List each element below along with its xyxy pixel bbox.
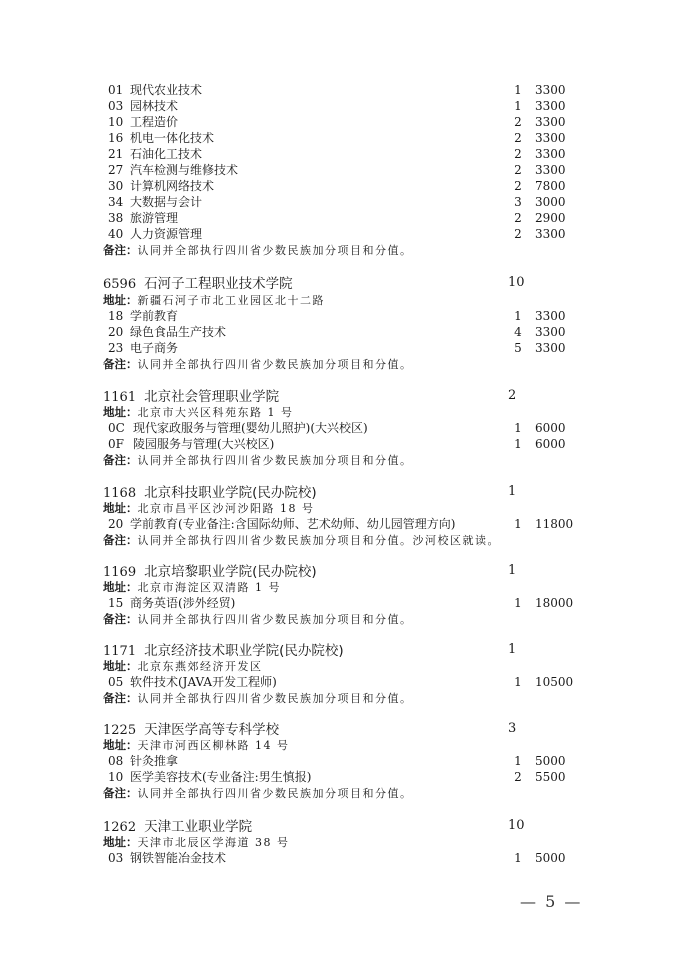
major-count: 1 <box>513 674 523 690</box>
note-label: 备注： <box>103 786 138 800</box>
major-row: 27汽车检测与维修技术23300 <box>103 162 573 178</box>
major-name: 汽车检测与维修技术 <box>130 162 238 178</box>
school-name: 北京社会管理职业学院 <box>144 389 279 405</box>
school-name: 北京经济技术职业学院(民办院校) <box>144 643 344 659</box>
address-text: 北京市海淀区双清路 1 号 <box>138 581 282 594</box>
address-label: 地址： <box>103 293 138 307</box>
major-fee: 10500 <box>535 674 573 690</box>
major-code: 03 <box>108 850 123 866</box>
major-fee: 2900 <box>535 210 566 226</box>
major-code: 38 <box>108 210 123 226</box>
major-fee: 3300 <box>535 98 566 114</box>
address-label: 地址： <box>103 835 138 849</box>
major-count: 1 <box>513 753 523 769</box>
major-name: 计算机网络技术 <box>130 178 214 194</box>
school-count: 1 <box>508 561 516 581</box>
major-row: 0F陵园服务与管理(大兴校区)16000 <box>103 436 573 452</box>
major-row: 20学前教育(专业备注:含国际幼师、艺术幼师、幼儿园管理方向)111800 <box>103 516 573 532</box>
major-row: 30计算机网络技术27800 <box>103 178 573 194</box>
major-count: 1 <box>513 850 523 866</box>
major-code: 08 <box>108 753 123 769</box>
major-row: 08针灸推拿15000 <box>103 753 573 769</box>
major-fee: 3300 <box>535 146 566 162</box>
major-row: 15商务英语(涉外经贸)118000 <box>103 595 573 611</box>
school-header: 1262天津工业职业学院10 <box>103 816 573 836</box>
major-count: 2 <box>513 162 523 178</box>
major-row: 18学前教育13300 <box>103 308 573 324</box>
address-text: 新疆石河子市北工业园区北十二路 <box>138 294 326 307</box>
major-row: 05软件技术(JAVA开发工程师)110500 <box>103 674 573 690</box>
address-label: 地址： <box>103 580 138 594</box>
major-fee: 5000 <box>535 850 566 866</box>
note-text: 认同并全部执行四川省少数民族加分项目和分值。 <box>138 692 413 705</box>
major-row: 38旅游管理22900 <box>103 210 573 226</box>
school-address: 地址：北京市昌平区沙河沙阳路 18 号 <box>103 500 315 517</box>
address-text: 天津市北辰区学海道 38 号 <box>138 836 290 849</box>
school-address: 地址：北京东燕郊经济开发区 <box>103 658 263 675</box>
note-label: 备注： <box>103 243 138 257</box>
major-count: 2 <box>513 114 523 130</box>
address-text: 天津市河西区柳林路 14 号 <box>138 739 290 752</box>
school-name: 天津医学高等专科学校 <box>144 722 279 738</box>
major-fee: 5000 <box>535 753 566 769</box>
address-text: 北京市大兴区科苑东路 1 号 <box>138 406 294 419</box>
school-header: 6596石河子工程职业技术学院10 <box>103 273 573 293</box>
school-count: 1 <box>508 482 516 502</box>
major-name: 人力资源管理 <box>130 226 202 242</box>
note-label: 备注： <box>103 612 138 626</box>
major-code: 03 <box>108 98 123 114</box>
address-label: 地址： <box>103 738 138 752</box>
major-fee: 11800 <box>535 516 573 532</box>
major-code: 23 <box>108 340 123 356</box>
major-count: 2 <box>513 769 523 785</box>
major-code: 0F <box>108 436 124 452</box>
major-fee: 3300 <box>535 162 566 178</box>
school-address: 地址：天津市河西区柳林路 14 号 <box>103 737 290 754</box>
school-name: 石河子工程职业技术学院 <box>144 276 293 292</box>
note-label: 备注： <box>103 691 138 705</box>
major-count: 1 <box>513 595 523 611</box>
major-count: 1 <box>513 82 523 98</box>
major-fee: 3300 <box>535 82 566 98</box>
major-row: 20绿色食品生产技术43300 <box>103 324 573 340</box>
major-name: 医学美容技术(专业备注:男生慎报) <box>130 769 311 785</box>
major-row: 03园林技术13300 <box>103 98 573 114</box>
school-address: 地址：新疆石河子市北工业园区北十二路 <box>103 292 325 309</box>
major-count: 5 <box>513 340 523 356</box>
major-count: 1 <box>513 308 523 324</box>
major-fee: 18000 <box>535 595 573 611</box>
school-code: 1168 <box>103 486 136 501</box>
major-name: 园林技术 <box>130 98 178 114</box>
major-count: 1 <box>513 516 523 532</box>
school-note: 备注：认同并全部执行四川省少数民族加分项目和分值。 <box>103 242 413 259</box>
major-count: 2 <box>513 226 523 242</box>
major-fee: 5500 <box>535 769 566 785</box>
major-code: 05 <box>108 674 123 690</box>
major-fee: 3000 <box>535 194 566 210</box>
major-row: 10工程造价23300 <box>103 114 573 130</box>
note-text: 认同并全部执行四川省少数民族加分项目和分值。 <box>138 613 413 626</box>
major-count: 3 <box>513 194 523 210</box>
major-name: 学前教育 <box>130 308 178 324</box>
major-name: 工程造价 <box>130 114 178 130</box>
major-code: 15 <box>108 595 123 611</box>
major-code: 30 <box>108 178 123 194</box>
major-code: 16 <box>108 130 123 146</box>
major-name: 现代农业技术 <box>130 82 202 98</box>
school-code: 6596 <box>103 277 136 292</box>
school-header: 1171北京经济技术职业学院(民办院校)1 <box>103 640 573 660</box>
school-note: 备注：认同并全部执行四川省少数民族加分项目和分值。 <box>103 611 413 628</box>
major-row: 34大数据与会计33000 <box>103 194 573 210</box>
major-code: 18 <box>108 308 123 324</box>
note-text: 认同并全部执行四川省少数民族加分项目和分值。 <box>138 358 413 371</box>
major-row: 10医学美容技术(专业备注:男生慎报)25500 <box>103 769 573 785</box>
major-fee: 3300 <box>535 308 566 324</box>
school-code: 1169 <box>103 565 136 580</box>
major-name: 石油化工技术 <box>130 146 202 162</box>
major-code: 01 <box>108 82 123 98</box>
school-note: 备注：认同并全部执行四川省少数民族加分项目和分值。沙河校区就读。 <box>103 532 500 549</box>
school-code: 1171 <box>103 644 136 659</box>
major-fee: 3300 <box>535 324 566 340</box>
page-number: — 5 — <box>520 892 582 911</box>
major-row: 16机电一体化技术23300 <box>103 130 573 146</box>
major-fee: 3300 <box>535 114 566 130</box>
major-fee: 6000 <box>535 420 566 436</box>
school-note: 备注：认同并全部执行四川省少数民族加分项目和分值。 <box>103 690 413 707</box>
address-text: 北京市昌平区沙河沙阳路 18 号 <box>138 502 315 515</box>
major-code: 10 <box>108 769 123 785</box>
major-fee: 7800 <box>535 178 566 194</box>
school-name: 北京培黎职业学院(民办院校) <box>144 564 317 580</box>
major-count: 2 <box>513 178 523 194</box>
school-note: 备注：认同并全部执行四川省少数民族加分项目和分值。 <box>103 785 413 802</box>
school-count: 10 <box>508 816 525 836</box>
major-name: 陵园服务与管理(大兴校区) <box>133 436 274 452</box>
document-page: 01现代农业技术13300 03园林技术13300 10工程造价23300 16… <box>0 0 680 961</box>
major-fee: 3300 <box>535 130 566 146</box>
school-header: 1225天津医学高等专科学校3 <box>103 719 573 739</box>
note-label: 备注： <box>103 533 138 547</box>
school-count: 1 <box>508 640 516 660</box>
address-label: 地址： <box>103 405 138 419</box>
major-row: 21石油化工技术23300 <box>103 146 573 162</box>
major-code: 21 <box>108 146 123 162</box>
major-code: 27 <box>108 162 123 178</box>
note-label: 备注： <box>103 357 138 371</box>
school-code: 1262 <box>103 820 136 835</box>
major-count: 1 <box>513 436 523 452</box>
major-name: 机电一体化技术 <box>130 130 214 146</box>
school-name: 天津工业职业学院 <box>144 819 252 835</box>
note-text: 认同并全部执行四川省少数民族加分项目和分值。 <box>138 787 413 800</box>
address-label: 地址： <box>103 659 138 673</box>
address-text: 北京东燕郊经济开发区 <box>138 660 263 673</box>
major-code: 20 <box>108 516 123 532</box>
school-code: 1161 <box>103 390 136 405</box>
major-row: 0C现代家政服务与管理(婴幼儿照护)(大兴校区)16000 <box>103 420 573 436</box>
note-text: 认同并全部执行四川省少数民族加分项目和分值。 <box>138 454 413 467</box>
school-count: 10 <box>508 273 525 293</box>
major-row: 01现代农业技术13300 <box>103 82 573 98</box>
major-row: 40人力资源管理23300 <box>103 226 573 242</box>
school-header: 1161北京社会管理职业学院2 <box>103 386 573 406</box>
major-name: 大数据与会计 <box>130 194 202 210</box>
school-note: 备注：认同并全部执行四川省少数民族加分项目和分值。 <box>103 452 413 469</box>
school-code: 1225 <box>103 723 136 738</box>
major-count: 2 <box>513 146 523 162</box>
school-header: 1169北京培黎职业学院(民办院校)1 <box>103 561 573 581</box>
major-name: 针灸推拿 <box>130 753 178 769</box>
school-address: 地址：北京市大兴区科苑东路 1 号 <box>103 404 294 421</box>
major-name: 学前教育(专业备注:含国际幼师、艺术幼师、幼儿园管理方向) <box>130 516 455 532</box>
major-count: 1 <box>513 98 523 114</box>
note-text: 认同并全部执行四川省少数民族加分项目和分值。 <box>138 244 413 257</box>
major-code: 40 <box>108 226 123 242</box>
major-code: 10 <box>108 114 123 130</box>
major-name: 软件技术(JAVA开发工程师) <box>130 674 277 690</box>
major-name: 电子商务 <box>130 340 178 356</box>
major-name: 钢铁智能冶金技术 <box>130 850 226 866</box>
major-fee: 6000 <box>535 436 566 452</box>
major-code: 20 <box>108 324 123 340</box>
note-text: 认同并全部执行四川省少数民族加分项目和分值。沙河校区就读。 <box>138 534 501 547</box>
note-label: 备注： <box>103 453 138 467</box>
major-code: 0C <box>108 420 125 436</box>
major-fee: 3300 <box>535 226 566 242</box>
major-fee: 3300 <box>535 340 566 356</box>
major-count: 1 <box>513 420 523 436</box>
major-row: 03钢铁智能冶金技术15000 <box>103 850 573 866</box>
major-code: 34 <box>108 194 123 210</box>
major-name: 旅游管理 <box>130 210 178 226</box>
address-label: 地址： <box>103 501 138 515</box>
school-count: 2 <box>508 386 516 406</box>
major-name: 绿色食品生产技术 <box>130 324 226 340</box>
school-address: 地址：北京市海淀区双清路 1 号 <box>103 579 281 596</box>
major-count: 4 <box>513 324 523 340</box>
major-count: 2 <box>513 210 523 226</box>
major-row: 23电子商务53300 <box>103 340 573 356</box>
major-name: 商务英语(涉外经贸) <box>130 595 235 611</box>
school-count: 3 <box>508 719 516 739</box>
major-count: 2 <box>513 130 523 146</box>
major-name: 现代家政服务与管理(婴幼儿照护)(大兴校区) <box>133 420 368 436</box>
school-name: 北京科技职业学院(民办院校) <box>144 485 317 501</box>
school-address: 地址：天津市北辰区学海道 38 号 <box>103 834 290 851</box>
school-note: 备注：认同并全部执行四川省少数民族加分项目和分值。 <box>103 356 413 373</box>
school-header: 1168北京科技职业学院(民办院校)1 <box>103 482 573 502</box>
